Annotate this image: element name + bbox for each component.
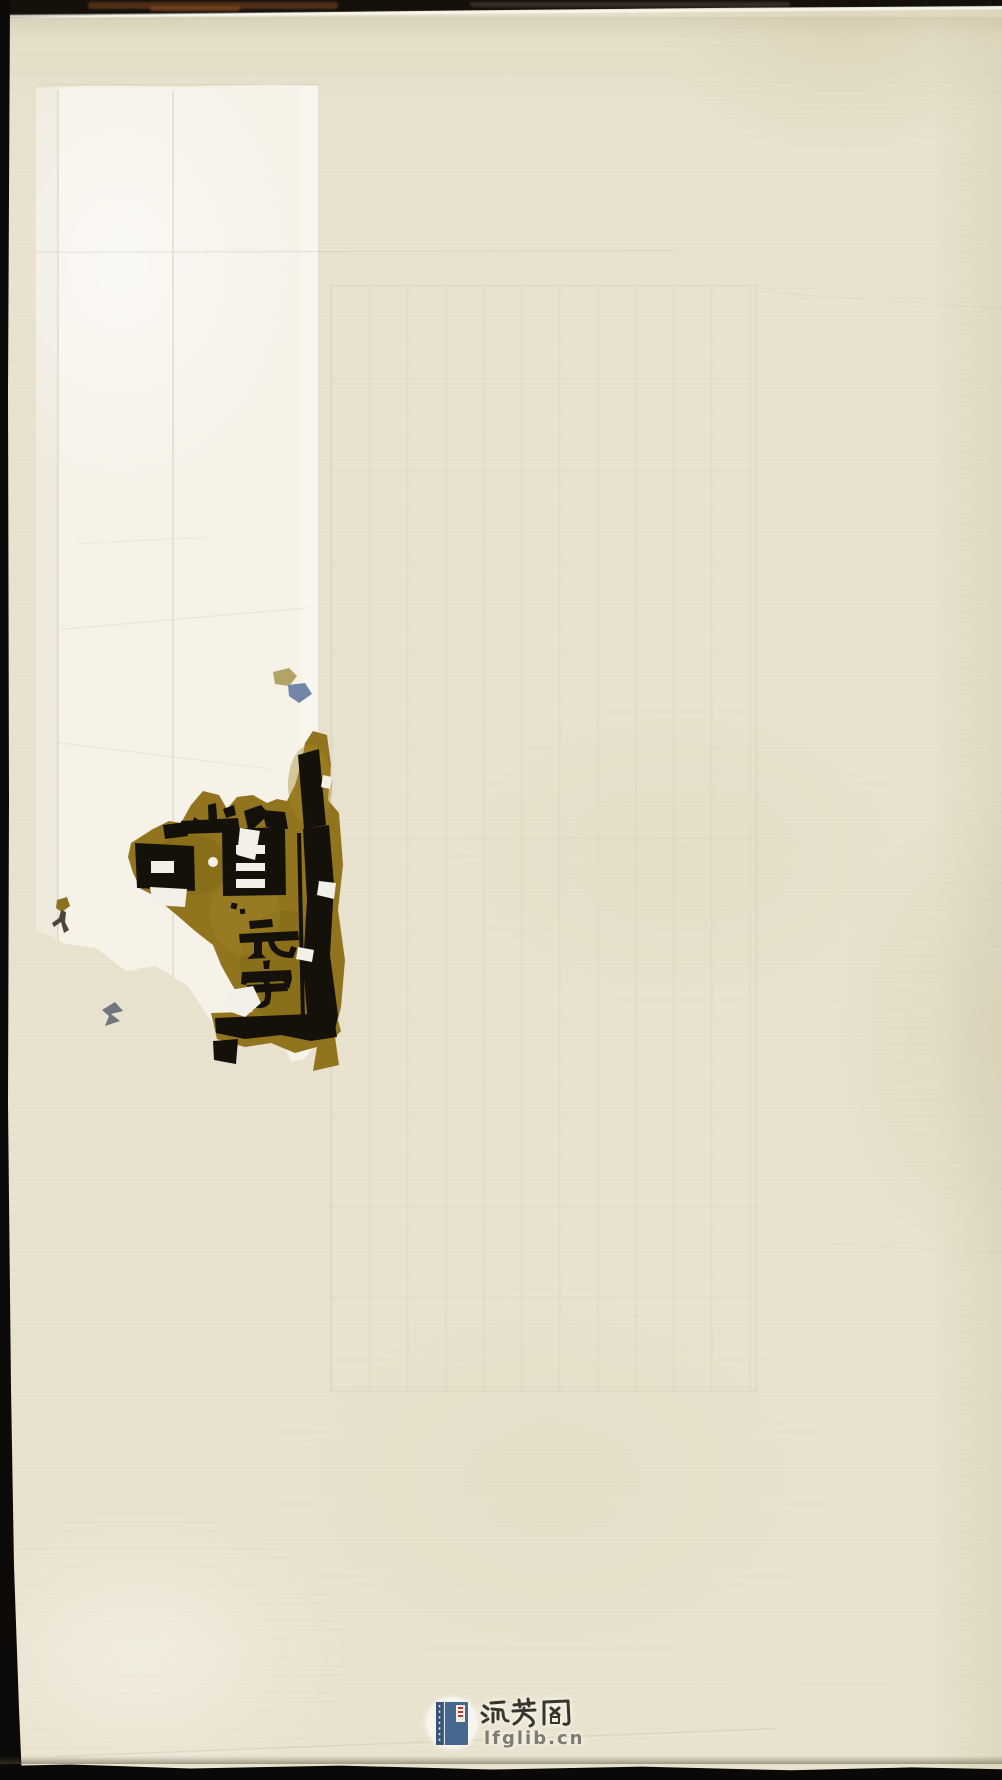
crease — [755, 291, 1002, 310]
speck-gold-fleck — [48, 892, 88, 942]
binding-streak — [470, 2, 790, 7]
stitched-book-icon — [427, 1698, 477, 1748]
bottom-paper-shadow — [0, 1756, 1002, 1764]
crease — [320, 88, 560, 89]
verso-showthrough-grid — [330, 285, 757, 1392]
zi-hook-tip — [264, 1001, 269, 1006]
glyph-liu — [482, 1702, 508, 1722]
watermark-badge — [427, 1698, 477, 1748]
scanned-book-page: lfglib.cn 流芳阁 元字 首 — [0, 0, 1002, 1780]
glyph-ge — [544, 1701, 569, 1724]
binding-streak — [150, 6, 240, 11]
bottom-edge-black — [0, 1762, 1002, 1780]
cover-label-fragment — [95, 715, 355, 1085]
watermark-title — [480, 1697, 580, 1731]
speck-gray-arrow — [98, 998, 133, 1033]
crease — [828, 1243, 1002, 1254]
left-edge-black — [0, 0, 24, 1780]
blue-fleck — [288, 683, 312, 703]
paper-top-shadow — [0, 17, 1002, 39]
speck-tan-blue — [265, 662, 325, 712]
glyph-fang — [513, 1699, 535, 1726]
watermark: lfglib.cn — [425, 1694, 670, 1754]
crease — [700, 1680, 1000, 1690]
tan-fleck — [273, 668, 297, 686]
watermark-url: lfglib.cn — [484, 1728, 584, 1749]
